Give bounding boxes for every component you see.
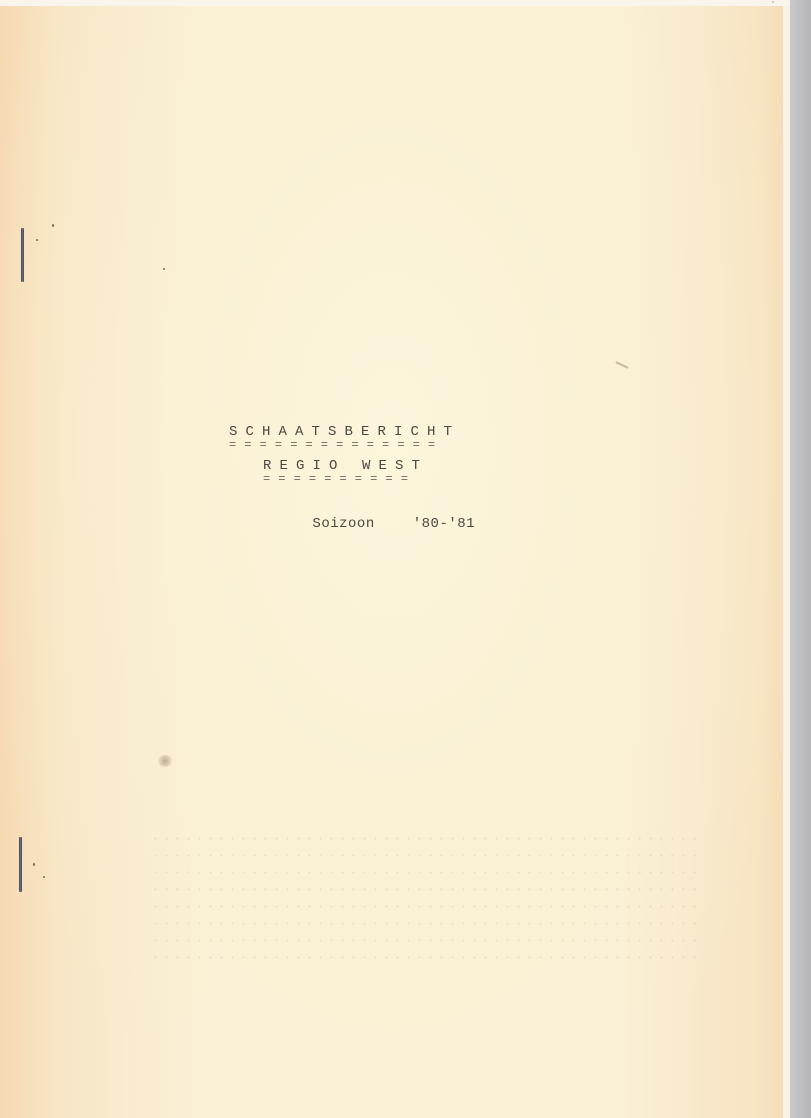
page-top-edge (0, 0, 790, 6)
paper-page: SCHAATSBERICHT ============== REGIO WEST… (0, 0, 783, 1118)
season-line: Soizoon'80-'81 (262, 500, 475, 548)
ink-speck (615, 361, 629, 369)
scanned-page: SCHAATSBERICHT ============== REGIO WEST… (0, 0, 811, 1118)
bleed-through-text (150, 830, 700, 970)
season-label: Soizoon (312, 516, 374, 532)
ink-speck (52, 224, 54, 227)
ink-speck (33, 863, 35, 866)
staple-top-icon (21, 228, 24, 282)
ink-speck (43, 876, 45, 878)
corner-mark: ʼ (772, 0, 774, 10)
region-underline: ========== (263, 472, 416, 486)
title-underline: ============== (229, 438, 443, 452)
season-years: '80-'81 (413, 516, 475, 532)
ink-speck (163, 268, 165, 270)
staple-bottom-icon (19, 837, 22, 892)
smudge-mark (157, 755, 173, 767)
ink-speck (36, 239, 38, 241)
